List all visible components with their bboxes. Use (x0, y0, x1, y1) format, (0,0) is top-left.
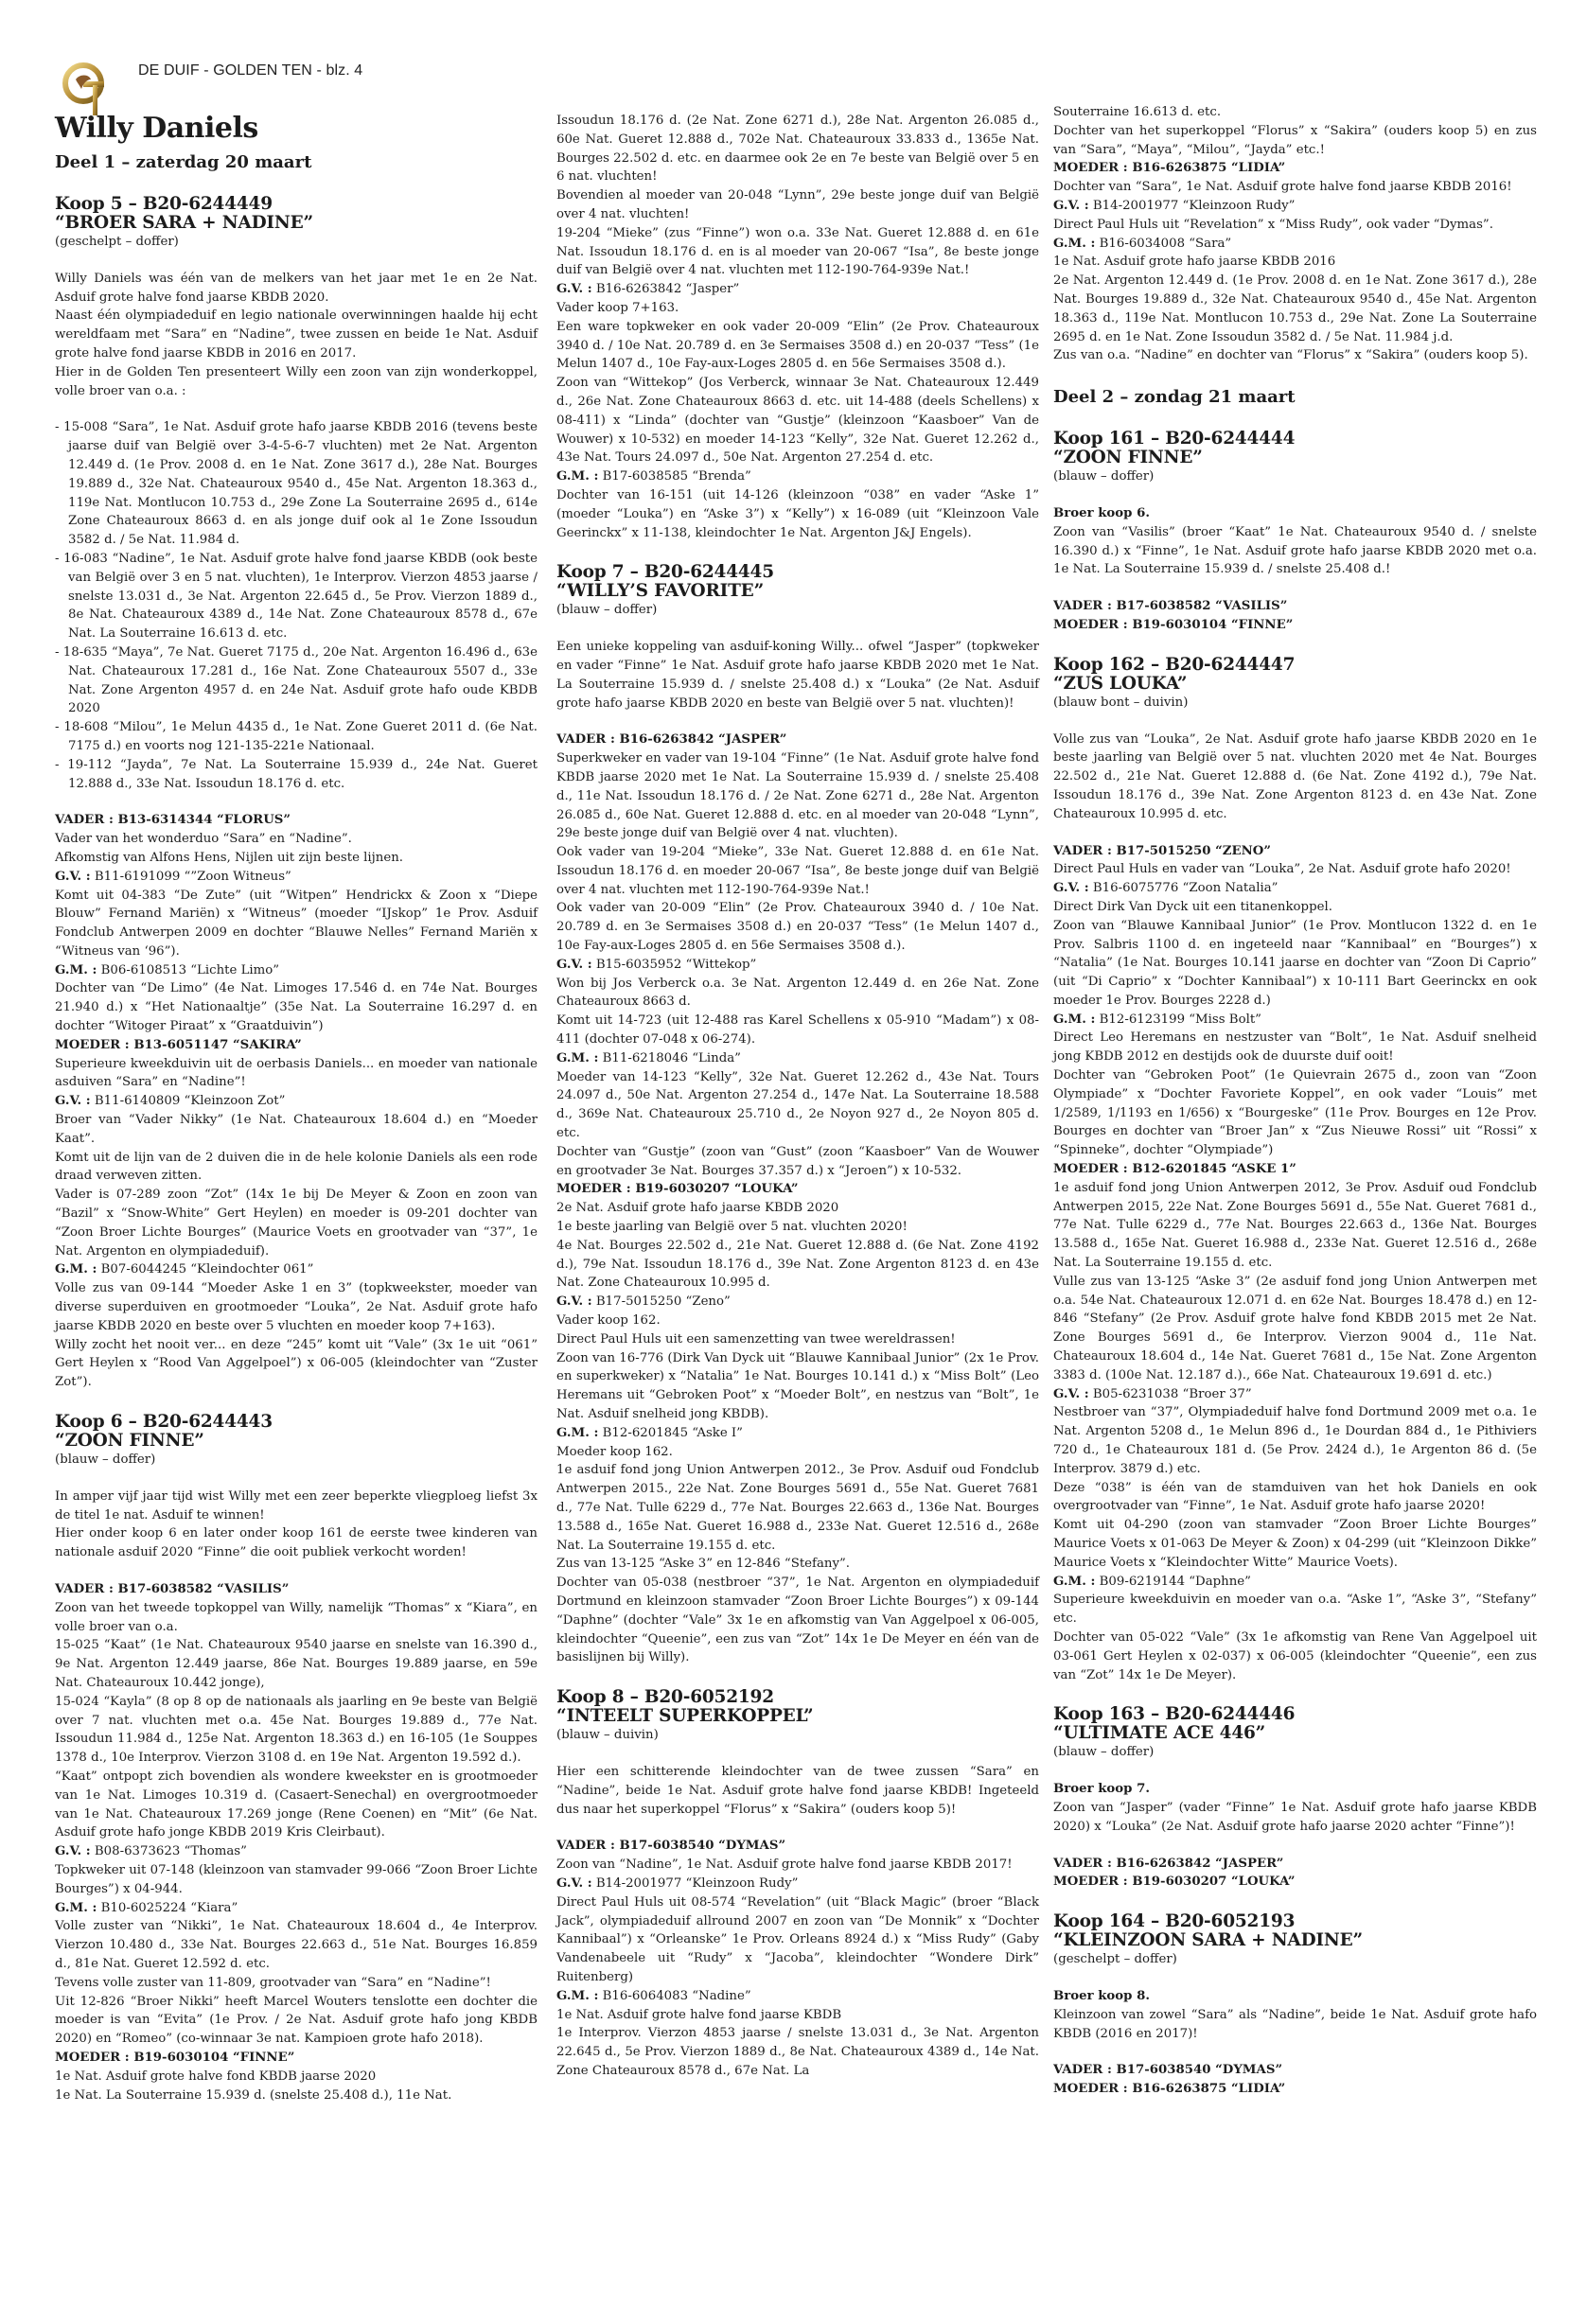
text-run: Willy Daniels was één van de melkers van… (55, 272, 538, 305)
bold-label: G.V. : (55, 1844, 91, 1858)
bold-label: G.M. : (1053, 1575, 1095, 1589)
spacer (556, 1819, 1039, 1837)
paragraph: Willy Daniels was één van de melkers van… (55, 270, 538, 308)
spacer (1053, 824, 1537, 842)
bold-label: MOEDER : B19-6030207 “LOUKA” (1053, 1875, 1296, 1889)
paragraph: G.V. : B08-6373623 “Thomas” (55, 1842, 538, 1861)
lot-number: Koop 7 – B20-6244445 (556, 563, 1039, 582)
text-run: Moeder van 14-123 “Kelly”, 32e Nat. Guer… (556, 1070, 1039, 1140)
bold-label: MOEDER : B13-6051147 “SAKIRA” (55, 1038, 302, 1052)
text-run: B11-6218046 “Linda” (598, 1051, 741, 1065)
paragraph: Zoon van “Vasilis” (broer “Kaat” 1e Nat.… (1053, 523, 1537, 579)
paragraph: G.M. : B07-6044245 “Kleindochter 061” (55, 1260, 538, 1279)
lot-number: Koop 164 – B20-6052193 (1053, 1912, 1537, 1931)
text-run: Dochter van het superkoppel “Florus” x “… (1053, 124, 1537, 157)
paragraph: Zoon van “Blauwe Kannibaal Junior” (1e P… (1053, 917, 1537, 1011)
text-run: Direct Leo Heremans en nestzuster van “B… (1053, 1030, 1537, 1064)
paragraph: Won bij Jos Verberck o.a. 3e Nat. Argent… (556, 975, 1039, 1012)
bold-label: VADER : B17-6038582 “VASILIS” (1053, 599, 1287, 613)
paragraph: Zoon van “Nadine”, 1e Nat. Asduif grote … (556, 1856, 1039, 1875)
text-run: - 16-083 “Nadine”, 1e Nat. Asduif grote … (55, 552, 538, 641)
text-run: Vader van het wonderduo “Sara” en “Nadin… (55, 832, 352, 846)
text-run: Hier onder koop 6 en later onder koop 16… (55, 1526, 538, 1559)
paragraph: 1e Nat. Asduif grote halve fond jaarse K… (556, 2006, 1039, 2025)
text-run: Komt uit 14-723 (uit 12-488 ras Karel Sc… (556, 1013, 1039, 1047)
text-run: Superieure kweekduivin en moeder van o.a… (1053, 1593, 1537, 1626)
paragraph: Ook vader van 19-204 “Mieke”, 33e Nat. G… (556, 843, 1039, 899)
running-header: DE DUIF - GOLDEN TEN - blz. 4 (138, 62, 362, 79)
paragraph: Topkweker uit 07-148 (kleinzoon van stam… (55, 1861, 538, 1899)
paragraph: 1e Nat. Asduif grote halve fond KBDB jaa… (55, 2068, 538, 2086)
paragraph: Dochter van 05-038 (nestbroer “37”, 1e N… (556, 1574, 1039, 1667)
text-run: B14-2001977 “Kleinzoon Rudy” (1089, 199, 1296, 213)
text-run: Dochter van 05-022 “Vale” (3x 1e afkomst… (1053, 1630, 1537, 1682)
bold-label: G.M. : (55, 963, 97, 977)
paragraph: MOEDER : B13-6051147 “SAKIRA” (55, 1036, 538, 1055)
text-run: Volle zuster van “Nikki”, 1e Nat. Chatea… (55, 1919, 538, 1971)
paragraph: Hier onder koop 6 en later onder koop 16… (55, 1524, 538, 1562)
bold-label: MOEDER : B19-6030104 “FINNE” (1053, 618, 1293, 632)
bold-label: VADER : B17-5015250 “ZENO” (1053, 844, 1271, 858)
section-heading: Deel 2 – zondag 21 maart (1053, 386, 1537, 409)
paragraph: 1e asduif fond jong Union Antwerpen 2012… (1053, 1179, 1537, 1273)
paragraph: Komt uit 04-290 (zoon van stamvader “Zoo… (1053, 1516, 1537, 1572)
text-run: 15-024 “Kayla” (8 op 8 op de nationaals … (55, 1695, 538, 1765)
lot-heading: Koop 161 – B20-6244444“ZOON FINNE”(blauw… (1053, 430, 1537, 486)
paragraph: Hier een schitterende kleindochter van d… (556, 1763, 1039, 1819)
bold-label: G.V. : (1053, 1387, 1089, 1401)
paragraph: G.V. : B16-6075776 “Zoon Natalia” (1053, 879, 1537, 898)
paragraph: Ook vader van 20-009 “Elin” (2e Prov. Ch… (556, 899, 1039, 955)
text-run: Komt uit de lijn van de 2 duiven die in … (55, 1151, 538, 1184)
paragraph: MOEDER : B19-6030104 “FINNE” (1053, 616, 1537, 635)
text-run: Won bij Jos Verberck o.a. 3e Nat. Argent… (556, 977, 1039, 1010)
text-run: Afkomstig van Alfons Hens, Nijlen uit zi… (55, 851, 403, 865)
paragraph: 1e beste jaarling van België over 5 nat.… (556, 1218, 1039, 1237)
bold-label: VADER : B16-6263842 “JASPER” (556, 732, 786, 747)
paragraph: G.M. : B12-6201845 “Aske I” (556, 1424, 1039, 1443)
paragraph: Nestbroer van “37”, Olympiadeduif halve … (1053, 1403, 1537, 1478)
bold-label: MOEDER : B16-6263875 “LIDIA” (1053, 161, 1285, 175)
paragraph: 2e Nat. Argenton 12.449 d. (1e Prov. 200… (1053, 272, 1537, 346)
text-run: Zoon van 16-776 (Dirk Van Dyck uit “Blau… (556, 1351, 1039, 1421)
text-run: 2e Nat. Argenton 12.449 d. (1e Prov. 200… (1053, 273, 1537, 343)
paragraph: 1e Interprov. Vierzon 4853 jaarse / snel… (556, 2024, 1039, 2080)
paragraph: VADER : B16-6263842 “JASPER” (556, 731, 1039, 749)
bold-label: G.V. : (556, 282, 592, 296)
text-run: 19-204 “Mieke” (zus “Finne”) won o.a. 33… (556, 226, 1039, 278)
paragraph: MOEDER : B16-6263875 “LIDIA” (1053, 159, 1537, 178)
paragraph: 4e Nat. Bourges 22.502 d., 21e Nat. Guer… (556, 1237, 1039, 1293)
paragraph: Dochter van 05-022 “Vale” (3x 1e afkomst… (1053, 1629, 1537, 1684)
lot-heading: Koop 8 – B20-6052192“INTEELT SUPERKOPPEL… (556, 1688, 1039, 1745)
lot-heading: Koop 164 – B20-6052193“KLEINZOON SARA + … (1053, 1912, 1537, 1969)
bold-label: MOEDER : B19-6030104 “FINNE” (55, 2051, 294, 2065)
text-run: Willy zocht het nooit ver... en deze “24… (55, 1338, 538, 1390)
lot-color-sex: (blauw – doffer) (55, 1451, 538, 1470)
text-run: B14-2001977 “Kleinzoon Rudy” (592, 1876, 799, 1891)
paragraph: Een ware topkweker en ook vader 20-009 “… (556, 318, 1039, 374)
text-run: Dochter van “De Limo” (4e Nat. Limoges 1… (55, 981, 538, 1033)
paragraph: VADER : B17-6038582 “VASILIS” (55, 1580, 538, 1599)
paragraph: Hier in de Golden Ten presenteert Willy … (55, 363, 538, 401)
text-run: Tevens volle zuster van 11-809, grootvad… (55, 1976, 491, 1990)
text-run: Broer van “Vader Nikky” (1e Nat. Chateau… (55, 1113, 538, 1146)
paragraph: MOEDER : B19-6030207 “LOUKA” (1053, 1873, 1537, 1892)
paragraph: Superkweker en vader van 19-104 “Finne” … (556, 749, 1039, 843)
paragraph: Volle zuster van “Nikki”, 1e Nat. Chatea… (55, 1917, 538, 1973)
bold-label: G.V. : (55, 1094, 91, 1108)
results-list-item: - 15-008 “Sara”, 1e Nat. Asduif grote ha… (55, 418, 538, 550)
lot-heading: Koop 162 – B20-6244447“ZUS LOUKA”(blauw … (1053, 656, 1537, 713)
results-list-item: - 18-635 “Maya”, 7e Nat. Gueret 7175 d.,… (55, 643, 538, 718)
paragraph: G.V. : B14-2001977 “Kleinzoon Rudy” (1053, 197, 1537, 216)
lot-number: Koop 162 – B20-6244447 (1053, 656, 1537, 675)
text-run: B11-6191099 “”Zoon Witneus” (91, 870, 291, 884)
text-run: Volle zus van 09-144 “Moeder Aske 1 en 3… (55, 1281, 538, 1333)
text-run: Direct Dirk Van Dyck uit een titanenkopp… (1053, 900, 1332, 914)
paragraph: MOEDER : B19-6030207 “LOUKA” (556, 1180, 1039, 1199)
paragraph: G.V. : B11-6191099 “”Zoon Witneus” (55, 868, 538, 887)
text-run: Souterraine 16.613 d. etc. (1053, 105, 1221, 119)
text-run: Hier in de Golden Ten presenteert Willy … (55, 365, 538, 398)
lot-name: “ZOON FINNE” (55, 1432, 538, 1451)
column-2: Issoudun 18.176 d. (2e Nat. Zone 6271 d.… (556, 112, 1039, 2081)
paragraph: G.M. : B10-6025224 “Kiara” (55, 1899, 538, 1918)
bold-label: VADER : B17-6038540 “DYMAS” (556, 1839, 785, 1853)
paragraph: Komt uit de lijn van de 2 duiven die in … (55, 1149, 538, 1187)
paragraph: VADER : B13-6314344 “FLORUS” (55, 811, 538, 830)
lot-name: “INTEELT SUPERKOPPEL” (556, 1707, 1039, 1726)
text-run: Direct Paul Huls uit een samenzetting va… (556, 1332, 956, 1347)
lot-color-sex: (geschelpt – doffer) (1053, 1950, 1537, 1969)
paragraph: 15-024 “Kayla” (8 op 8 op de nationaals … (55, 1693, 538, 1768)
paragraph: MOEDER : B12-6201845 “ASKE 1” (1053, 1160, 1537, 1179)
paragraph: Vader van het wonderduo “Sara” en “Nadin… (55, 830, 538, 849)
lot-number: Koop 8 – B20-6052192 (556, 1688, 1039, 1707)
text-run: - 15-008 “Sara”, 1e Nat. Asduif grote ha… (55, 420, 538, 547)
paragraph: 1e Nat. Asduif grote hafo jaarse KBDB 20… (1053, 253, 1537, 272)
paragraph: Dochter van “Gebroken Poot” (1e Quievrai… (1053, 1066, 1537, 1160)
paragraph: Vulle zus van 13-125 “Aske 3” (2e asduif… (1053, 1273, 1537, 1385)
text-run: Hier een schitterende kleindochter van d… (556, 1765, 1039, 1817)
paragraph: Zus van o.a. “Nadine” en dochter van “Fl… (1053, 346, 1537, 365)
paragraph: Komt uit 04-383 “De Zute” (uit “Witpen” … (55, 887, 538, 961)
paragraph: Zoon van 16-776 (Dirk Van Dyck uit “Blau… (556, 1349, 1039, 1424)
text-run: - 18-608 “Milou”, 1e Melun 4435 d., 1e N… (55, 720, 538, 753)
text-run: B12-6201845 “Aske I” (598, 1426, 743, 1440)
paragraph: G.V. : B05-6231038 “Broer 37” (1053, 1385, 1537, 1404)
paragraph: Tevens volle zuster van 11-809, grootvad… (55, 1974, 538, 1993)
paragraph: Uit 12-826 “Broer Nikki” heeft Marcel Wo… (55, 1993, 538, 2049)
text-run: 1e Nat. La Souterraine 15.939 d. (snelst… (55, 2088, 451, 2103)
text-run: 1e Nat. Asduif grote halve fond KBDB jaa… (55, 2069, 376, 2084)
article-title: Willy Daniels (55, 112, 538, 146)
paragraph: Direct Leo Heremans en nestzuster van “B… (1053, 1029, 1537, 1066)
text-run: B05-6231038 “Broer 37” (1089, 1387, 1252, 1401)
paragraph: Kleinzoon van zowel “Sara” als “Nadine”,… (1053, 2006, 1537, 2044)
paragraph: 1e asduif fond jong Union Antwerpen 2012… (556, 1461, 1039, 1555)
paragraph: MOEDER : B19-6030104 “FINNE” (55, 2049, 538, 2068)
paragraph: G.M. : B06-6108513 “Lichte Limo” (55, 961, 538, 980)
paragraph: Issoudun 18.176 d. (2e Nat. Zone 6271 d.… (556, 112, 1039, 186)
paragraph: Souterraine 16.613 d. etc. (1053, 103, 1537, 122)
text-run: Zoon van “Blauwe Kannibaal Junior” (1e P… (1053, 919, 1537, 1008)
paragraph: 2e Nat. Asduif grote hafo jaarse KBDB 20… (556, 1199, 1039, 1218)
spacer (1053, 579, 1537, 597)
paragraph: Volle zus van “Louka”, 2e Nat. Asduif gr… (1053, 731, 1537, 824)
paragraph: Volle zus van 09-144 “Moeder Aske 1 en 3… (55, 1279, 538, 1335)
text-run: B12-6123199 “Miss Bolt” (1095, 1012, 1261, 1027)
text-run: Zus van o.a. “Nadine” en dochter van “Fl… (1053, 348, 1528, 362)
text-run: 1e Nat. Asduif grote halve fond jaarse K… (556, 2008, 841, 2022)
paragraph: Broer koop 7. (1053, 1780, 1537, 1799)
text-run: B08-6373623 “Thomas” (91, 1844, 247, 1858)
lot-color-sex: (blauw – doffer) (556, 601, 1039, 620)
lot-color-sex: (blauw bont – duivin) (1053, 694, 1537, 713)
text-run: Direct Paul Huls uit 08-574 “Revelation”… (556, 1895, 1039, 1984)
text-run: Uit 12-826 “Broer Nikki” heeft Marcel Wo… (55, 1995, 538, 2047)
paragraph: Vader koop 7+163. (556, 299, 1039, 318)
paragraph: Superieure kweekduivin en moeder van o.a… (1053, 1591, 1537, 1629)
text-run: Deze “038” is één van de stamduiven van … (1053, 1481, 1537, 1514)
paragraph: Zus van 13-125 “Aske 3” en 12-846 “Stefa… (556, 1555, 1039, 1574)
paragraph: G.M. : B12-6123199 “Miss Bolt” (1053, 1011, 1537, 1030)
paragraph: MOEDER : B16-6263875 “LIDIA” (1053, 2080, 1537, 2099)
bold-label: VADER : B17-6038540 “DYMAS” (1053, 2063, 1282, 2077)
text-run: Komt uit 04-383 “De Zute” (uit “Witpen” … (55, 889, 538, 959)
paragraph: G.M. : B16-6034008 “Sara” (1053, 235, 1537, 254)
paragraph: Zoon van “Jasper” (vader “Finne” 1e Nat.… (1053, 1799, 1537, 1837)
text-run: Direct Paul Huls en vader van “Louka”, 2… (1053, 862, 1511, 876)
paragraph: 19-204 “Mieke” (zus “Finne”) won o.a. 33… (556, 224, 1039, 280)
text-run: Ook vader van 20-009 “Elin” (2e Prov. Ch… (556, 901, 1039, 953)
text-run: - 19-112 “Jayda”, 7e Nat. La Souterraine… (55, 758, 538, 791)
text-run: 2e Nat. Asduif grote hafo jaarse KBDB 20… (556, 1201, 838, 1215)
paragraph: Deze “038” is één van de stamduiven van … (1053, 1479, 1537, 1517)
bold-label: G.V. : (1053, 881, 1089, 895)
paragraph: Broer koop 8. (1053, 1987, 1537, 2006)
lot-number: Koop 6 – B20-6244443 (55, 1413, 538, 1432)
text-run: Dochter van “Gebroken Poot” (1e Quievrai… (1053, 1068, 1537, 1157)
text-run: B15-6035952 “Wittekop” (592, 958, 757, 972)
bold-label: VADER : B13-6314344 “FLORUS” (55, 813, 291, 827)
bold-label: G.M. : (556, 1426, 598, 1440)
lot-color-sex: (blauw – doffer) (1053, 467, 1537, 486)
column-1: Willy DanielsDeel 1 – zaterdag 20 maartK… (55, 112, 538, 2104)
paragraph: Een unieke koppeling van asduif-koning W… (556, 638, 1039, 713)
page-header: DE DUIF - GOLDEN TEN - blz. 4 (55, 55, 623, 112)
bold-label: Broer koop 8. (1053, 1989, 1150, 2003)
paragraph: G.M. : B09-6219144 “Daphne” (1053, 1573, 1537, 1592)
lot-heading: Koop 163 – B20-6244446“ULTIMATE ACE 446”… (1053, 1705, 1537, 1762)
text-run: Een unieke koppeling van asduif-koning W… (556, 640, 1039, 710)
paragraph: G.V. : B15-6035952 “Wittekop” (556, 956, 1039, 975)
paragraph: VADER : B17-6038582 “VASILIS” (1053, 597, 1537, 616)
lot-number: Koop 163 – B20-6244446 (1053, 1705, 1537, 1724)
text-run: B16-6034008 “Sara” (1095, 237, 1231, 251)
text-run: Superkweker en vader van 19-104 “Finne” … (556, 751, 1039, 840)
text-run: Vader koop 162. (556, 1313, 661, 1328)
paragraph: Willy zocht het nooit ver... en deze “24… (55, 1336, 538, 1392)
paragraph: Broer koop 6. (1053, 504, 1537, 523)
text-run: Moeder koop 162. (556, 1445, 673, 1459)
text-run: B16-6263842 “Jasper” (592, 282, 740, 296)
paragraph: Afkomstig van Alfons Hens, Nijlen uit zi… (55, 849, 538, 868)
text-run: Zoon van “Vasilis” (broer “Kaat” 1e Nat.… (1053, 525, 1537, 577)
bold-label: G.V. : (556, 1294, 592, 1309)
bold-label: G.V. : (556, 1876, 592, 1891)
bold-label: G.V. : (556, 958, 592, 972)
paragraph: VADER : B17-6038540 “DYMAS” (1053, 2061, 1537, 2080)
paragraph: G.V. : B11-6140809 “Kleinzoon Zot” (55, 1092, 538, 1111)
paragraph: Direct Paul Huls uit een samenzetting va… (556, 1330, 1039, 1349)
text-run: Vader koop 7+163. (556, 301, 679, 315)
spacer (1053, 2043, 1537, 2061)
text-run: 1e asduif fond jong Union Antwerpen 2012… (556, 1463, 1039, 1552)
text-run: 4e Nat. Bourges 22.502 d., 21e Nat. Guer… (556, 1239, 1039, 1291)
lot-name: “KLEINZOON SARA + NADINE” (1053, 1931, 1537, 1950)
text-run: B16-6064083 “Nadine” (598, 1989, 750, 2003)
paragraph: “Kaat” ontpopt zich bovendien als wonder… (55, 1768, 538, 1842)
results-list-item: - 19-112 “Jayda”, 7e Nat. La Souterraine… (55, 756, 538, 794)
text-run: Superieure kweekduivin uit de oerbasis D… (55, 1057, 538, 1090)
lot-heading: Koop 6 – B20-6244443“ZOON FINNE”(blauw –… (55, 1413, 538, 1470)
section-heading: Deel 1 – zaterdag 20 maart (55, 151, 538, 174)
text-run: B17-6038585 “Brenda” (598, 469, 750, 484)
paragraph: Komt uit 14-723 (uit 12-488 ras Karel Sc… (556, 1012, 1039, 1049)
lot-name: “WILLY’S FAVORITE” (556, 582, 1039, 601)
bold-label: G.M. : (55, 1262, 97, 1276)
text-run: Dochter van “Sara”, 1e Nat. Asduif grote… (1053, 180, 1512, 194)
text-run: Vulle zus van 13-125 “Aske 3” (2e asduif… (1053, 1275, 1537, 1382)
paragraph: G.V. : B17-5015250 “Zeno” (556, 1293, 1039, 1312)
paragraph: G.V. : B14-2001977 “Kleinzoon Rudy” (556, 1875, 1039, 1893)
text-run: 1e Nat. Asduif grote hafo jaarse KBDB 20… (1053, 255, 1335, 269)
paragraph: VADER : B17-5015250 “ZENO” (1053, 842, 1537, 861)
bold-label: G.M. : (556, 1051, 598, 1065)
paragraph: G.M. : B17-6038585 “Brenda” (556, 467, 1039, 486)
paragraph: G.M. : B11-6218046 “Linda” (556, 1049, 1039, 1068)
paragraph: Dochter van het superkoppel “Florus” x “… (1053, 122, 1537, 160)
spacer (55, 1562, 538, 1580)
bold-label: G.M. : (1053, 237, 1095, 251)
paragraph: Dochter van “De Limo” (4e Nat. Limoges 1… (55, 979, 538, 1035)
paragraph: Vader koop 162. (556, 1312, 1039, 1330)
bold-label: VADER : B17-6038582 “VASILIS” (55, 1582, 289, 1596)
bold-label: Broer koop 7. (1053, 1782, 1150, 1796)
text-run: B17-5015250 “Zeno” (592, 1294, 731, 1309)
text-run: Een ware topkweker en ook vader 20-009 “… (556, 320, 1039, 372)
lot-color-sex: (blauw – duivin) (556, 1726, 1039, 1745)
text-run: 15-025 “Kaat” (1e Nat. Chateauroux 9540 … (55, 1638, 538, 1690)
text-run: Zoon van “Jasper” (vader “Finne” 1e Nat.… (1053, 1801, 1537, 1834)
paragraph: G.M. : B16-6064083 “Nadine” (556, 1987, 1039, 2006)
text-run: B11-6140809 “Kleinzoon Zot” (91, 1094, 286, 1108)
paragraph: Direct Dirk Van Dyck uit een titanenkopp… (1053, 898, 1537, 917)
paragraph: Zoon van het tweede topkoppel van Willy,… (55, 1599, 538, 1637)
bold-label: MOEDER : B19-6030207 “LOUKA” (556, 1182, 799, 1196)
text-run: B16-6075776 “Zoon Natalia” (1089, 881, 1278, 895)
spacer (556, 713, 1039, 731)
paragraph: Moeder van 14-123 “Kelly”, 32e Nat. Guer… (556, 1068, 1039, 1143)
paragraph: Broer van “Vader Nikky” (1e Nat. Chateau… (55, 1111, 538, 1149)
bold-label: G.M. : (1053, 1012, 1095, 1027)
bold-label: G.V. : (55, 870, 91, 884)
lot-name: “ZUS LOUKA” (1053, 675, 1537, 694)
bold-label: MOEDER : B12-6201845 “ASKE 1” (1053, 1162, 1296, 1176)
paragraph: Bovendien al moeder van 20-048 “Lynn”, 2… (556, 186, 1039, 224)
text-run: “Kaat” ontpopt zich bovendien als wonder… (55, 1769, 538, 1840)
lot-color-sex: (geschelpt – doffer) (55, 233, 538, 252)
paragraph: 1e Nat. La Souterraine 15.939 d. (snelst… (55, 2086, 538, 2105)
text-run: Komt uit 04-290 (zoon van stamvader “Zoo… (1053, 1518, 1537, 1570)
text-run: Vader is 07-289 zoon “Zot” (14x 1e bij D… (55, 1188, 538, 1258)
text-run: B09-6219144 “Daphne” (1095, 1575, 1251, 1589)
bold-label: G.M. : (556, 469, 598, 484)
text-run: Dochter van 05-038 (nestbroer “37”, 1e N… (556, 1576, 1039, 1664)
text-run: Bovendien al moeder van 20-048 “Lynn”, 2… (556, 188, 1039, 221)
text-run: 1e asduif fond jong Union Antwerpen 2012… (1053, 1181, 1537, 1270)
text-run: Zoon van het tweede topkoppel van Willy,… (55, 1601, 538, 1634)
paragraph: Dochter van 16-151 (uit 14-126 (kleinzoo… (556, 486, 1039, 542)
lot-number: Koop 161 – B20-6244444 (1053, 430, 1537, 449)
bold-label: Broer koop 6. (1053, 506, 1150, 520)
text-run: Nestbroer van “37”, Olympiadeduif halve … (1053, 1405, 1537, 1475)
paragraph: Direct Paul Huls en vader van “Louka”, 2… (1053, 860, 1537, 879)
text-run: Naast één olympiadeduif en legio nationa… (55, 308, 538, 361)
paragraph: Direct Paul Huls uit 08-574 “Revelation”… (556, 1893, 1039, 1987)
bold-label: VADER : B16-6263842 “JASPER” (1053, 1857, 1283, 1871)
text-run: - 18-635 “Maya”, 7e Nat. Gueret 7175 d.,… (55, 645, 538, 715)
paragraph: In amper vijf jaar tijd wist Willy met e… (55, 1488, 538, 1525)
spacer (55, 400, 538, 418)
lot-color-sex: (blauw – doffer) (1053, 1743, 1537, 1762)
paragraph: G.V. : B16-6263842 “Jasper” (556, 280, 1039, 299)
text-run: Volle zus van “Louka”, 2e Nat. Asduif gr… (1053, 732, 1537, 821)
bold-label: G.V. : (1053, 199, 1089, 213)
paragraph: 15-025 “Kaat” (1e Nat. Chateauroux 9540 … (55, 1636, 538, 1692)
paragraph: VADER : B16-6263842 “JASPER” (1053, 1855, 1537, 1874)
lot-heading: Koop 7 – B20-6244445“WILLY’S FAVORITE”(b… (556, 563, 1039, 620)
lot-name: “ZOON FINNE” (1053, 449, 1537, 467)
spacer (1053, 1837, 1537, 1855)
text-run: B07-6044245 “Kleindochter 061” (97, 1262, 313, 1276)
paragraph: Moeder koop 162. (556, 1443, 1039, 1462)
spacer (55, 793, 538, 811)
text-run: Direct Paul Huls uit “Revelation” x “Mis… (1053, 218, 1493, 232)
text-run: Issoudun 18.176 d. (2e Nat. Zone 6271 d.… (556, 114, 1039, 184)
text-run: Dochter van 16-151 (uit 14-126 (kleinzoo… (556, 488, 1039, 540)
lot-heading: Koop 5 – B20-6244449“BROER SARA + NADINE… (55, 195, 538, 252)
text-run: 1e beste jaarling van België over 5 nat.… (556, 1220, 908, 1234)
text-run: Zoon van “Nadine”, 1e Nat. Asduif grote … (556, 1857, 1013, 1872)
paragraph: Vader is 07-289 zoon “Zot” (14x 1e bij D… (55, 1186, 538, 1260)
text-run: Zus van 13-125 “Aske 3” en 12-846 “Stefa… (556, 1557, 850, 1571)
golden-ten-logo-icon (61, 59, 117, 117)
bold-label: G.M. : (55, 1901, 97, 1915)
text-run: Kleinzoon van zowel “Sara” als “Nadine”,… (1053, 2008, 1537, 2041)
paragraph: Superieure kweekduivin uit de oerbasis D… (55, 1055, 538, 1093)
lot-name: “ULTIMATE ACE 446” (1053, 1724, 1537, 1743)
paragraph: Zoon van “Wittekop” (Jos Verberck, winna… (556, 374, 1039, 467)
text-run: In amper vijf jaar tijd wist Willy met e… (55, 1489, 538, 1523)
paragraph: VADER : B17-6038540 “DYMAS” (556, 1837, 1039, 1856)
paragraph: Naast één olympiadeduif en legio nationa… (55, 307, 538, 362)
lot-name: “BROER SARA + NADINE” (55, 214, 538, 233)
text-run: B10-6025224 “Kiara” (97, 1901, 238, 1915)
text-run: Ook vader van 19-204 “Mieke”, 33e Nat. G… (556, 845, 1039, 897)
